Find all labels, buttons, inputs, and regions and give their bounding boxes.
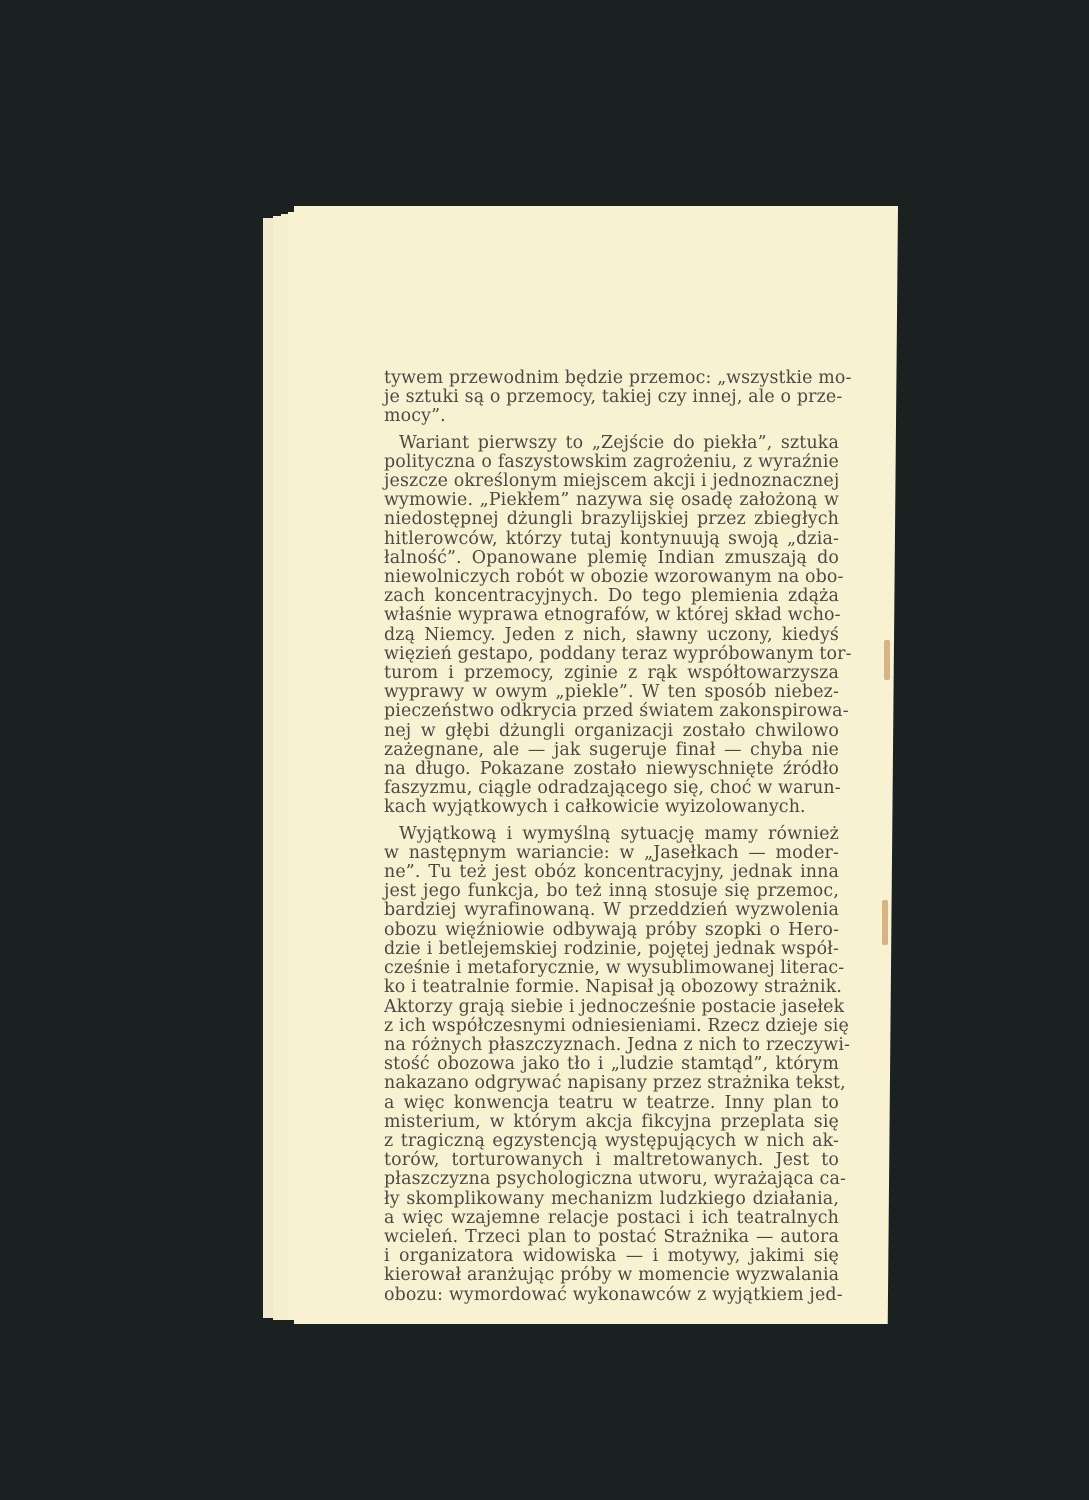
text-line: polityczna o faszystowskim zagrożeniu, z… xyxy=(384,453,839,472)
text-line: zażegnane, ale — jak sugeruje finał — ch… xyxy=(384,741,839,760)
text-line: jeszcze określonym miejscem akcji i jedn… xyxy=(384,472,839,491)
text-line: wymowie. „Piekłem” nazywa się osadę zało… xyxy=(384,491,839,510)
text-line: właśnie wyprawa etnografów, w której skł… xyxy=(384,606,839,625)
text-line: cześnie i metaforycznie, w wysublimowane… xyxy=(384,959,839,978)
text-line: na długo. Pokazane zostało niewyschnięte… xyxy=(384,760,839,779)
text-line: w następnym wariancie: w „Jasełkach — mo… xyxy=(384,844,839,863)
text-line: ne”. Tu też jest obóz koncentracyjny, je… xyxy=(384,863,839,882)
text-line: faszyzmu, ciągle odradzającego się, choć… xyxy=(384,779,839,798)
text-line: Wariant pierwszy to „Zejście do piekła”,… xyxy=(384,434,839,453)
text-line: niewolniczych robót w obozie wzorowanym … xyxy=(384,568,839,587)
text-line: wyprawy w owym „piekle”. W ten sposób ni… xyxy=(384,683,839,702)
text-line: torów, torturowanych i maltretowanych. J… xyxy=(384,1151,839,1170)
text-line: jest jego funkcja, bo też inną stosuje s… xyxy=(384,882,839,901)
text-line: a więc wzajemne relacje postaci i ich te… xyxy=(384,1209,839,1228)
text-line: stość obozowa jako tło i „ludzie stamtąd… xyxy=(384,1055,839,1074)
text-line: z tragiczną egzystencją występujących w … xyxy=(384,1132,839,1151)
text-line: obozu więźniowie odbywają próby szopki o… xyxy=(384,921,839,940)
text-line: je sztuki są o przemocy, takiej czy inne… xyxy=(384,388,839,407)
text-line: Wyjątkową i wymyślną sytuację mamy równi… xyxy=(384,825,839,844)
text-line: hitlerowców, którzy tutaj kontynuują swo… xyxy=(384,530,839,549)
text-line: niedostępnej dżungli brazylijskiej przez… xyxy=(384,510,839,529)
text-line: zach koncentracyjnych. Do tego plemienia… xyxy=(384,587,839,606)
text-line: kach wyjątkowych i całkowicie wyizolowan… xyxy=(384,798,839,817)
text-line: ły skomplikowany mechanizm ludzkiego dzi… xyxy=(384,1190,839,1209)
text-line: łalność”. Opanowane plemię Indian zmusza… xyxy=(384,549,839,568)
page-stack-edges xyxy=(263,208,293,1324)
text-line: wcieleń. Trzeci plan to postać Strażnika… xyxy=(384,1228,839,1247)
text-line: turom i przemocy, zginie z rąk współtowa… xyxy=(384,664,839,683)
paper-tear-mark xyxy=(882,900,888,945)
paper-tear-mark xyxy=(884,640,890,680)
text-line: z ich współczesnymi odniesieniami. Rzecz… xyxy=(384,1017,839,1036)
text-line: nej w głębi dżungli organizacji zostało … xyxy=(384,722,839,741)
text-line: Aktorzy grają siebie i jednocześnie post… xyxy=(384,998,839,1017)
text-line: dzie i betlejemskiej rodzinie, pojętej j… xyxy=(384,940,839,959)
text-line: nakazano odgrywać napisany przez strażni… xyxy=(384,1074,839,1093)
text-line: pieczeństwo odkrycia przed światem zakon… xyxy=(384,702,839,721)
text-line: i organizatora widowiska — i motywy, jak… xyxy=(384,1247,839,1266)
text-line: dzą Niemcy. Jeden z nich, sławny uczony,… xyxy=(384,626,839,645)
text-line: a więc konwencja teatru w teatrze. Inny … xyxy=(384,1094,839,1113)
paragraph: Wyjątkową i wymyślną sytuację mamy równi… xyxy=(384,825,839,1305)
text-line: misterium, w którym akcja fikcyjna przep… xyxy=(384,1113,839,1132)
text-line: kierował aranżując próby w momencie wyzw… xyxy=(384,1266,839,1285)
text-line: bardziej wyrafinowaną. W przeddzień wyzw… xyxy=(384,901,839,920)
paragraph: tywem przewodnim będzie przemoc: „wszyst… xyxy=(384,369,839,427)
paragraph: Wariant pierwszy to „Zejście do piekła”,… xyxy=(384,434,839,818)
text-line: płaszczyzna psychologiczna utworu, wyraż… xyxy=(384,1170,839,1189)
text-line: obozu: wymordować wykonawców z wyjątkiem… xyxy=(384,1286,839,1305)
text-line: na różnych płaszczyznach. Jedna z nich t… xyxy=(384,1036,839,1055)
text-line: mocy”. xyxy=(384,407,839,426)
document-body-text: tywem przewodnim będzie przemoc: „wszyst… xyxy=(384,369,839,1305)
text-line: ko i teatralnie formie. Napisał ją obozo… xyxy=(384,978,839,997)
text-line: tywem przewodnim będzie przemoc: „wszyst… xyxy=(384,369,839,388)
text-line: więzień gestapo, poddany teraz wypróbowa… xyxy=(384,645,839,664)
